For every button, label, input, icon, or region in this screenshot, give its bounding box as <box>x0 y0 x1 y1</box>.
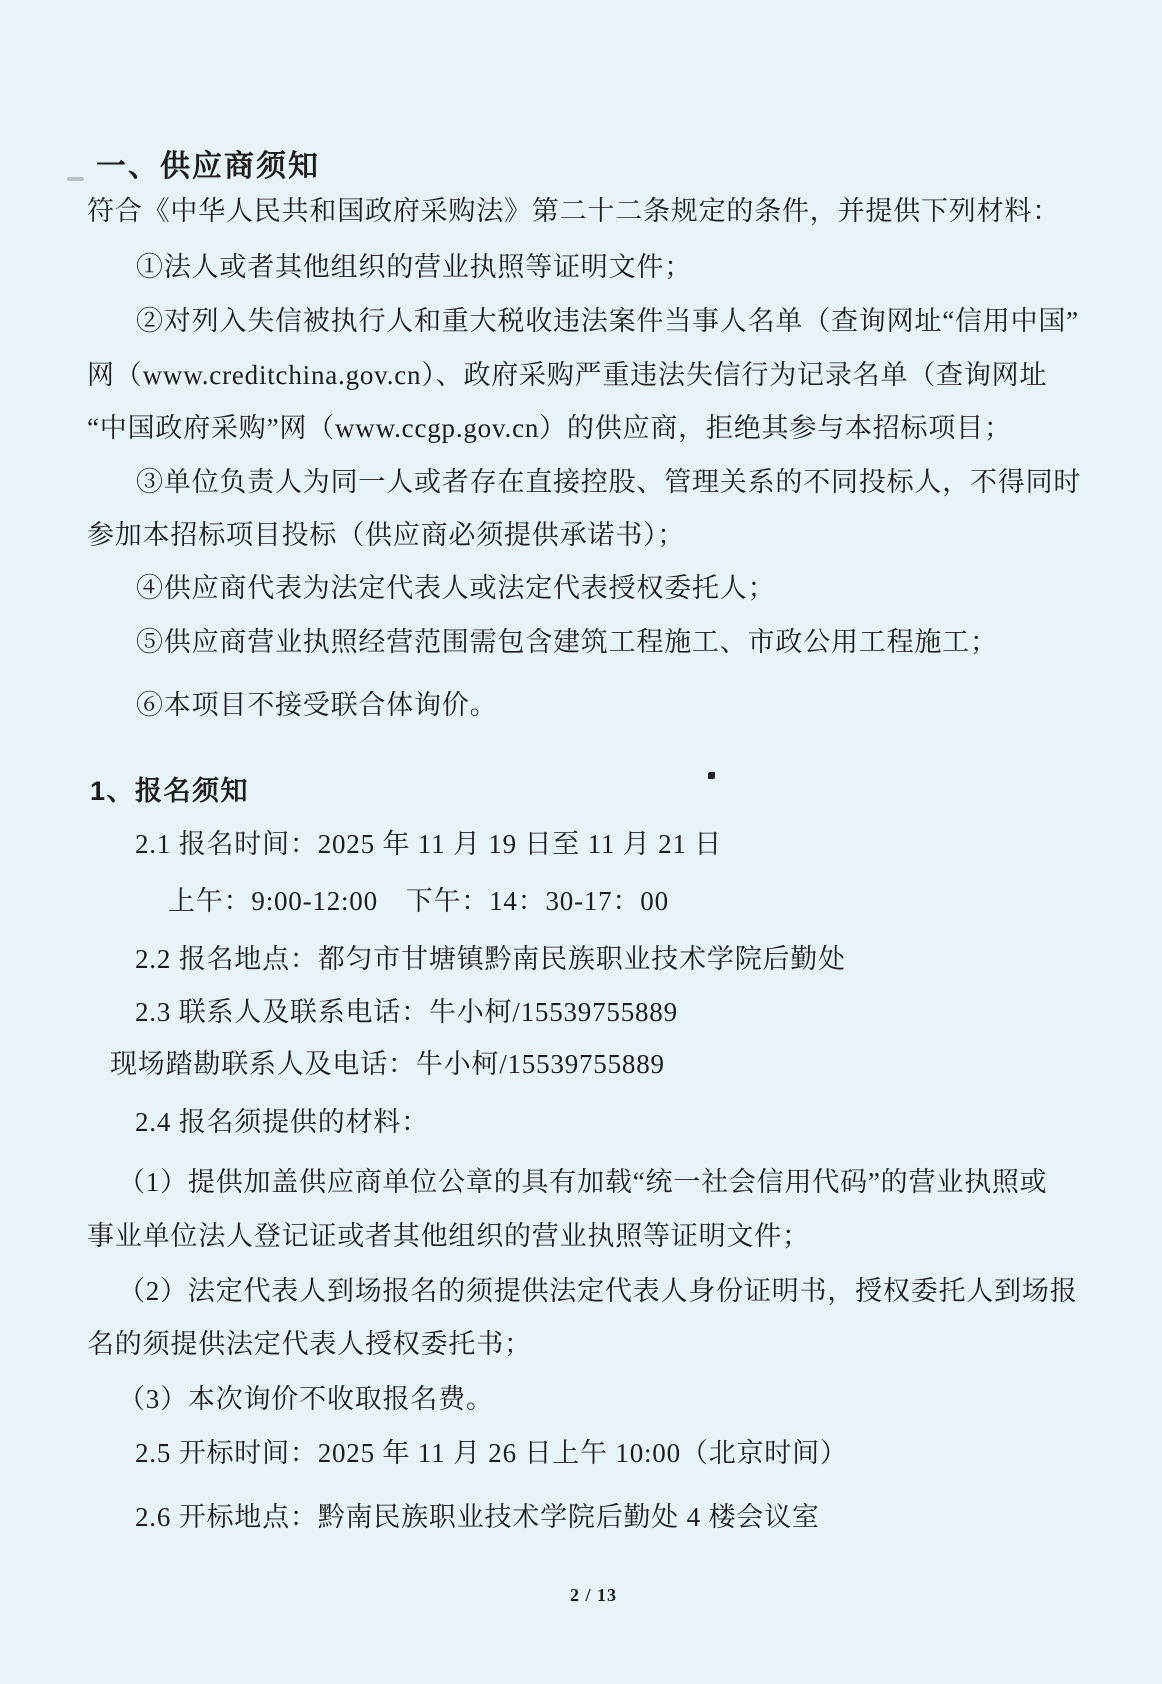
list-item-6: ⑥本项目不接受联合体询价。 <box>136 690 497 721</box>
list-item-3-line-2: 参加本招标项目投标（供应商必须提供承诺书）； <box>87 520 685 551</box>
line-site-survey-contact: 现场踏勘联系人及电话：牛小柯/15539755889 <box>110 1049 665 1080</box>
line-2-3-contact: 2.3 联系人及联系电话：牛小柯/15539755889 <box>135 997 678 1028</box>
material-1-line-1: （1）提供加盖供应商单位公章的具有加载“统一社会信用代码”的营业执照或 <box>118 1167 1047 1198</box>
scan-artifact-dash <box>67 177 84 181</box>
intro-paragraph: 符合《中华人民共和国政府采购法》第二十二条规定的条件，并提供下列材料： <box>87 196 1060 227</box>
page-number: 2 / 13 <box>570 1585 617 1606</box>
material-1-line-2: 事业单位法人登记证或者其他组织的营业执照等证明文件； <box>87 1221 810 1252</box>
scanned-document-page: 一、供应商须知 符合《中华人民共和国政府采购法》第二十二条规定的条件，并提供下列… <box>0 0 1162 1684</box>
subsection-title: 1、报名须知 <box>90 776 249 807</box>
list-item-1: ①法人或者其他组织的营业执照等证明文件； <box>136 252 692 283</box>
line-2-5-bid-opening-time: 2.5 开标时间：2025 年 11 月 26 日上午 10:00（北京时间） <box>135 1438 848 1469</box>
line-2-1-registration-time: 2.1 报名时间：2025 年 11 月 19 日至 11 月 21 日 <box>135 829 722 860</box>
list-item-2-line-1: ②对列入失信被执行人和重大税收违法案件当事人名单（查询网址“信用中国” <box>136 306 1079 337</box>
line-2-2-registration-place: 2.2 报名地点：都匀市甘塘镇黔南民族职业技术学院后勤处 <box>135 944 846 975</box>
material-2-line-1: （2）法定代表人到场报名的须提供法定代表人身份证明书，授权委托人到场报 <box>118 1276 1078 1307</box>
line-2-1-hours: 上午：9:00-12:00 下午：14：30-17：00 <box>168 886 669 917</box>
line-2-6-bid-opening-place: 2.6 开标地点：黔南民族职业技术学院后勤处 4 楼会议室 <box>135 1502 820 1533</box>
list-item-2-line-3: “中国政府采购”网（www.ccgp.gov.cn）的供应商，拒绝其参与本招标项… <box>87 413 1012 444</box>
list-item-3-line-1: ③单位负责人为同一人或者存在直接控股、管理关系的不同投标人，不得同时 <box>136 467 1081 498</box>
scan-artifact-speck <box>707 771 715 779</box>
list-item-2-line-2: 网（www.creditchina.gov.cn）、政府采购严重违法失信行为记录… <box>87 360 1047 391</box>
material-2-line-2: 名的须提供法定代表人授权委托书； <box>87 1329 532 1360</box>
list-item-5: ⑤供应商营业执照经营范围需包含建筑工程施工、市政公用工程施工； <box>136 627 998 658</box>
material-3: （3）本次询价不收取报名费。 <box>118 1384 494 1415</box>
section-title: 一、供应商须知 <box>96 150 320 185</box>
line-2-4-materials-title: 2.4 报名须提供的材料： <box>135 1107 429 1138</box>
list-item-4: ④供应商代表为法定代表人或法定代表授权委托人； <box>136 573 775 604</box>
